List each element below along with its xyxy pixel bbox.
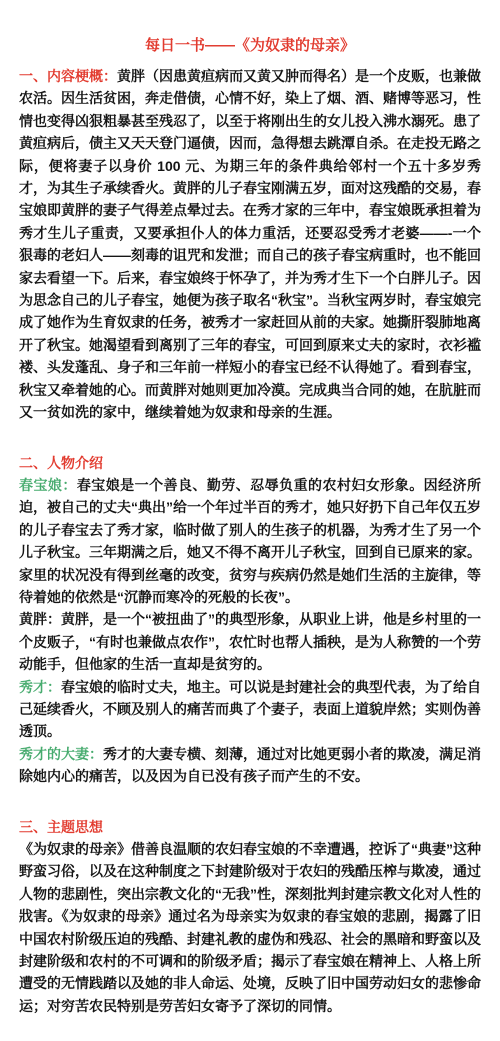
article-page: 每日一书——《为奴隶的母亲》 一、内容梗概：黄胖（因患黄疸病而又黄又肿而得名）是… <box>0 0 500 1041</box>
character-label-xiucai-dama: 秀才的大妻： <box>19 746 103 762</box>
characters-section-heading: 二、人物介绍 <box>19 452 481 474</box>
synopsis-section-heading: 一、内容梗概： <box>19 68 117 84</box>
character-paragraph-huangpang: 黄胖：黄胖，是一个“被扭曲了”的典型形象，从职业上讲，他是乡村里的一个皮贩子，“… <box>19 608 481 675</box>
character-text-chunbaoniang: 春宝娘是一个善良、勤劳、忍辱负重的农村妇女形象。因经济所迫，被自己的丈夫“典出”… <box>19 477 481 605</box>
character-label-chunbaoniang: 春宝娘： <box>19 477 77 493</box>
theme-paragraph: 《为奴隶的母亲》借善良温顺的农妇春宝娘的不幸遭遇，控诉了“典妻”这种野蛮习俗，以… <box>19 838 481 1017</box>
synopsis-paragraph: 一、内容梗概：黄胖（因患黄疸病而又黄又肿而得名）是一个皮贩，也兼做农活。因生活贫… <box>19 65 481 424</box>
character-text-huangpang: 黄胖，是一个“被扭曲了”的典型形象，从职业上讲，他是乡村里的一个皮贩子，“有时也… <box>19 611 481 672</box>
theme-section-heading: 三、主题思想 <box>19 816 481 838</box>
character-text-xiucai: 春宝娘的临时丈夫，地主。可以说是封建社会的典型代表，为了给自己延续香火，不顾及别… <box>19 679 481 740</box>
character-paragraph-chunbaoniang: 春宝娘：春宝娘是一个善良、勤劳、忍辱负重的农村妇女形象。因经济所迫，被自己的丈夫… <box>19 474 481 608</box>
character-label-huangpang: 黄胖： <box>19 611 61 627</box>
character-label-xiucai: 秀才： <box>19 679 61 695</box>
character-paragraph-xiucai-dama: 秀才的大妻：秀才的大妻专横、刻薄，通过对比她更弱小者的欺凌，满足消除她内心的痛苦… <box>19 743 481 788</box>
synopsis-text: 黄胖（因患黄疸病而又黄又肿而得名）是一个皮贩，也兼做农活。因生活贫困，奔走借债，… <box>19 68 481 420</box>
page-title: 每日一书——《为奴隶的母亲》 <box>19 36 481 56</box>
